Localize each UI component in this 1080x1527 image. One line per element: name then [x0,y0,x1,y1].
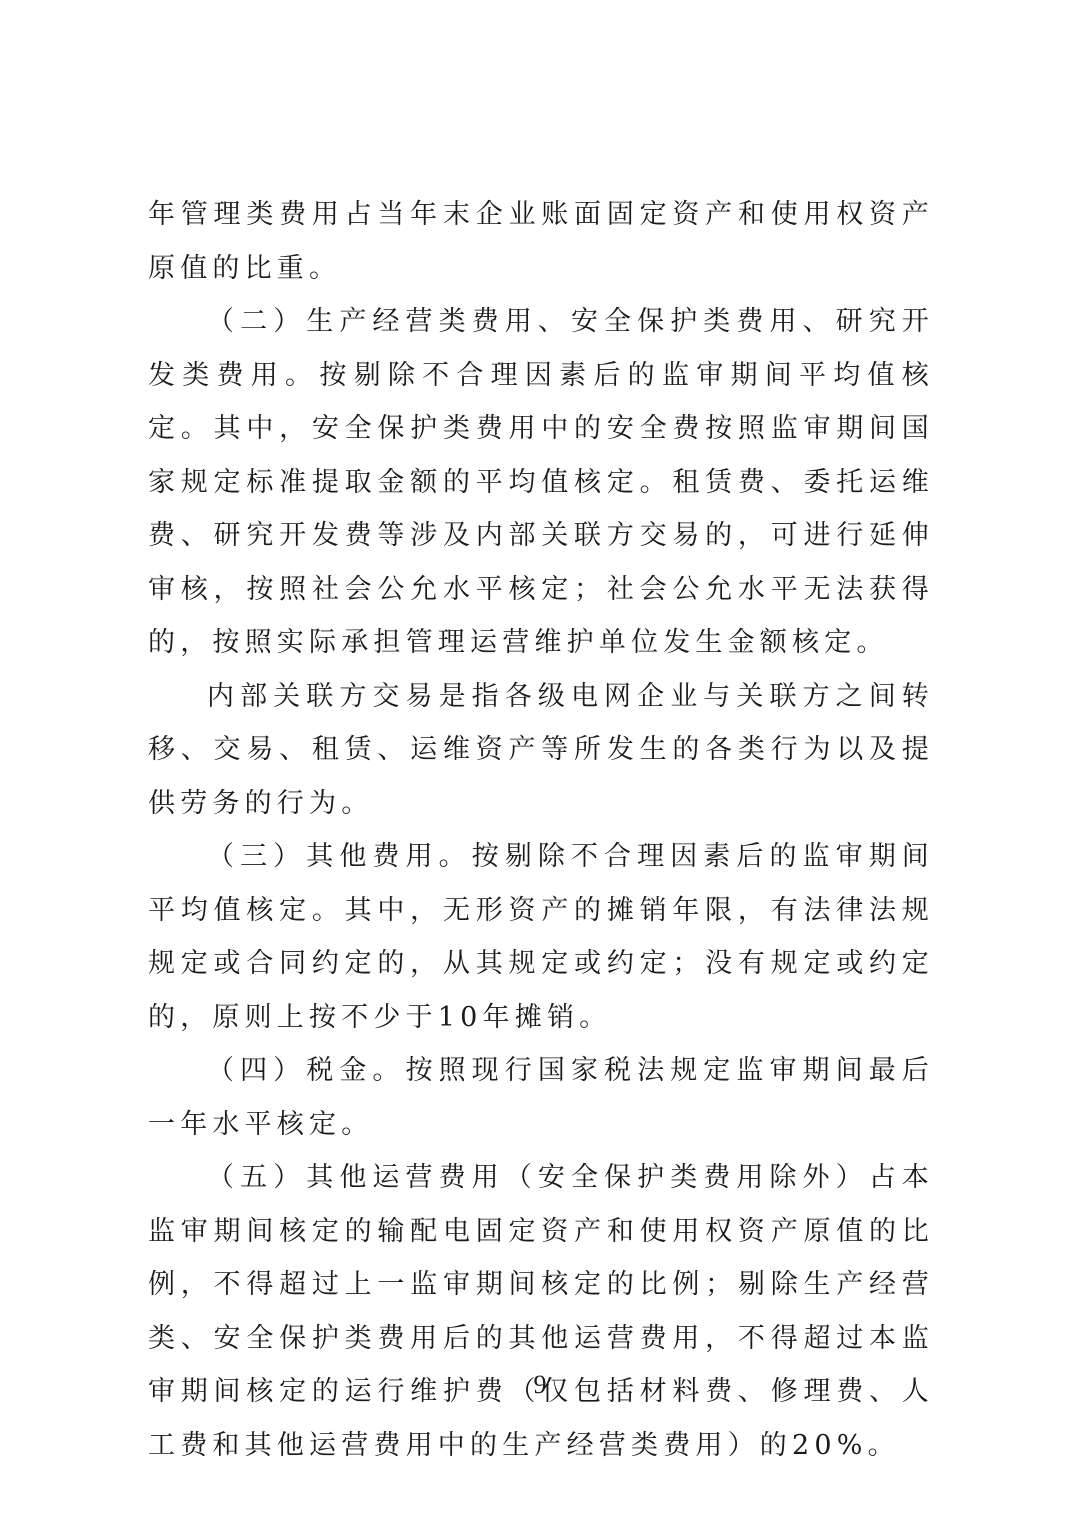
page-number: 9 [0,1370,1080,1400]
paragraph-related-party-definition: 内部关联方交易是指各级电网企业与关联方之间转移、交易、租赁、运维资产等所发生的各… [148,670,934,831]
document-body: 年管理类费用占当年末企业账面固定资产和使用权资产原值的比重。 （二）生产经营类费… [148,188,934,1472]
paragraph-item-4-taxes: （四）税金。按照现行国家税法规定监审期间最后一年水平核定。 [148,1044,934,1151]
paragraph-item-3-other-expenses: （三）其他费用。按剔除不合理因素后的监审期间平均值核定。其中，无形资产的摊销年限… [148,830,934,1044]
paragraph-continuation: 年管理类费用占当年末企业账面固定资产和使用权资产原值的比重。 [148,188,934,295]
paragraph-item-5-other-operating-expenses: （五）其他运营费用（安全保护类费用除外）占本监审期间核定的输配电固定资产和使用权… [148,1151,934,1472]
paragraph-item-2-operating-expenses: （二）生产经营类费用、安全保护类费用、研究开发类费用。按剔除不合理因素后的监审期… [148,295,934,670]
